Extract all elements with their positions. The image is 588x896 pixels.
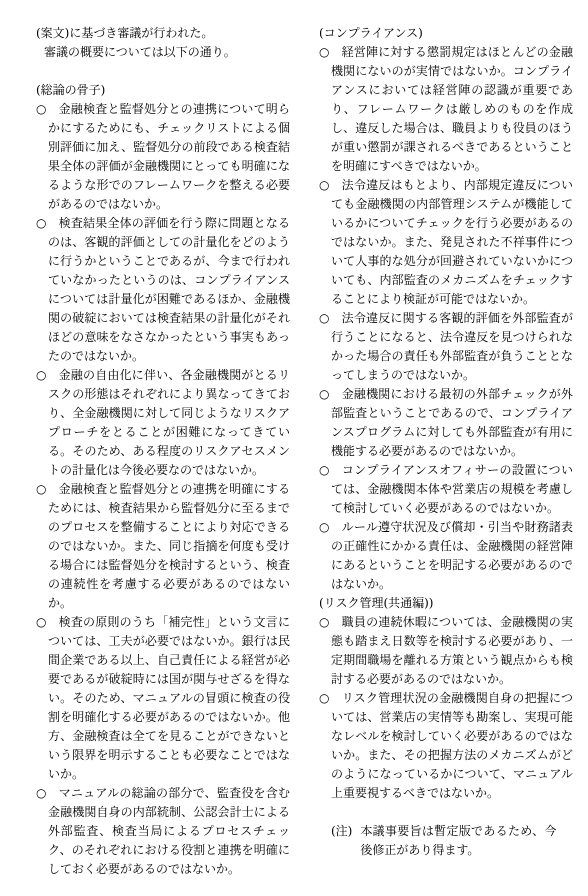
bullet-item: ○マニュアルの総論の部分で、監査役を含む金融機関自身の内部統制、公認会計士による… xyxy=(36,784,290,879)
item-text: ルール遵守状況及び償却・引当や財務諸表の正確性にかかる責任は、金融機関の経営陣に… xyxy=(331,520,573,591)
circle-bullet-icon: ○ xyxy=(319,520,330,534)
circle-bullet-icon: ○ xyxy=(319,45,330,59)
circle-bullet-icon: ○ xyxy=(319,463,330,477)
bullet-item: ○金融検査と監督処分との連携を明確にするためには、検査結果から監督処分に至るまで… xyxy=(36,480,290,613)
footnote-text: 本議事要旨は暫定版であるため、今後修正があり得ます。 xyxy=(360,822,556,860)
item-text: 検査結果全体の評価を行う際に問題となるのは、客観的評価としての計量化をどのように… xyxy=(48,216,290,363)
circle-bullet-icon: ○ xyxy=(319,615,330,629)
bullet-item: ○金融検査と監督処分との連携について明らかにするためにも、チェックリストによる個… xyxy=(36,100,290,214)
circle-bullet-icon: ○ xyxy=(319,311,330,325)
circle-bullet-icon: ○ xyxy=(36,786,47,800)
section-heading-general-outline: (総論の骨子) xyxy=(36,81,290,100)
item-text: 金融検査と監督処分との連携について明らかにするためにも、チェックリストによる個別… xyxy=(48,102,290,211)
footnote: (注) 本議事要旨は暫定版であるため、今後修正があり得ます。 xyxy=(319,822,573,860)
circle-bullet-icon: ○ xyxy=(36,368,47,382)
bullet-item: ○職員の連続休暇については、金融機関の実態も踏まえ日数等を検討する必要があり、一… xyxy=(319,613,573,689)
section-heading-compliance: (コンプライアンス) xyxy=(319,24,573,43)
item-text: マニュアルの総論の部分で、監査役を含む金融機関自身の内部統制、公認会計士による外… xyxy=(48,786,290,876)
section-heading-risk-management: (リスク管理(共通編)) xyxy=(319,594,573,613)
item-text: コンプライアンスオフィサーの設置については、金融機関本体や営業店の規模を考慮して… xyxy=(331,463,573,515)
bullet-item: ○法令違反はもとより、内部規定違反についても金融機関の内部管理システムが機能して… xyxy=(319,176,573,309)
left-column: (案文)に基づき審議が行われた。 審議の概要については以下の通り。 (総論の骨子… xyxy=(36,24,290,896)
bullet-item: ○検査の原則のうち「補完性」という文言については、工夫が必要ではないか。銀行は民… xyxy=(36,613,290,784)
item-text: リスク管理状況の金融機関自身の把握については、営業店の実情等も勘案し、実現可能な… xyxy=(331,691,573,800)
item-text: 検査の原則のうち「補完性」という文言については、工夫が必要ではないか。銀行は民間… xyxy=(48,615,290,781)
right-column: (コンプライアンス) ○経営陣に対する懲罰規定はほとんどの金融機関にないのが実情… xyxy=(319,24,573,896)
circle-bullet-icon: ○ xyxy=(36,482,47,496)
item-text: 法令違反に関する客観的評価を外部監査が行うことになると、法令違反を見つけられなか… xyxy=(331,311,573,382)
circle-bullet-icon: ○ xyxy=(36,216,47,230)
circle-bullet-icon: ○ xyxy=(319,178,330,192)
circle-bullet-icon: ○ xyxy=(36,615,47,629)
bullet-item: ○ルール遵守状況及び償却・引当や財務諸表の正確性にかかる責任は、金融機関の経営陣… xyxy=(319,518,573,594)
bullet-item: ○検査結果全体の評価を行う際に問題となるのは、客観的評価としての計量化をどのよう… xyxy=(36,214,290,366)
item-text: 金融検査と監督処分との連携を明確にするためには、検査結果から監督処分に至るまでの… xyxy=(48,482,290,610)
document-page: (案文)に基づき審議が行われた。 審議の概要については以下の通り。 (総論の骨子… xyxy=(0,0,588,896)
item-text: 金融の自由化に伴い、各金融機関がとるリスクの形態はそれぞれにより異なってきており… xyxy=(48,368,290,477)
bullet-item: ○リスク管理状況の金融機関自身の把握については、営業店の実情等も勘案し、実現可能… xyxy=(319,689,573,803)
circle-bullet-icon: ○ xyxy=(319,691,330,705)
item-text: 金融機関における最初の外部チェックが外部監査ということであるので、コンプライアン… xyxy=(331,387,573,458)
circle-bullet-icon: ○ xyxy=(319,387,330,401)
intro-line: (案文)に基づき審議が行われた。 xyxy=(36,24,290,43)
intro-line: 審議の概要については以下の通り。 xyxy=(36,43,290,62)
bullet-item: ○コンプライアンスオフィサーの設置については、金融機関本体や営業店の規模を考慮し… xyxy=(319,461,573,518)
bullet-item: ○経営陣に対する懲罰規定はほとんどの金融機関にないのが実情ではないか。コンプライ… xyxy=(319,43,573,176)
item-text: 職員の連続休暇については、金融機関の実態も踏まえ日数等を検討する必要があり、一定… xyxy=(331,615,573,686)
bullet-item: ○法令違反に関する客観的評価を外部監査が行うことになると、法令違反を見つけられな… xyxy=(319,309,573,385)
bullet-item: ○金融の自由化に伴い、各金融機関がとるリスクの形態はそれぞれにより異なってきてお… xyxy=(36,366,290,480)
bullet-item: ○金融機関における最初の外部チェックが外部監査ということであるので、コンプライア… xyxy=(319,385,573,461)
circle-bullet-icon: ○ xyxy=(36,102,47,116)
item-text: 経営陣に対する懲罰規定はほとんどの金融機関にないのが実情ではないか。コンプライア… xyxy=(331,45,573,173)
item-text: 法令違反はもとより、内部規定違反についても金融機関の内部管理システムが機能してい… xyxy=(331,178,573,306)
footnote-label: (注) xyxy=(331,822,352,860)
